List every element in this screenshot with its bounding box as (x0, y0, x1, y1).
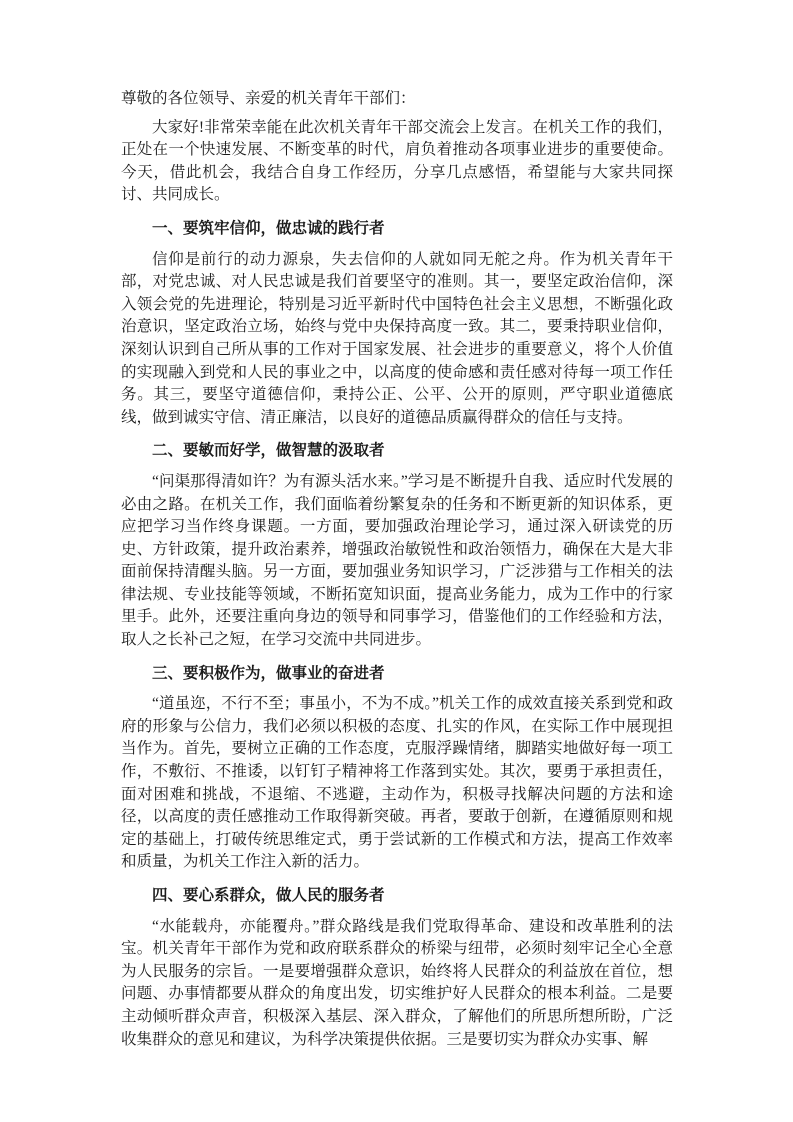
section-1-body: 信仰是前行的动力源泉，失去信仰的人就如同无舵之舟。作为机关青年干部，对党忠诚、对… (121, 249, 673, 430)
section-4-body: “水能载舟，亦能覆舟。”群众路线是我们党取得革命、建设和改革胜利的法宝。机关青年… (121, 916, 673, 1052)
section-1-heading: 一、要筑牢信仰，做忠诚的践行者 (121, 218, 673, 241)
section-2-heading: 二、要敏而好学，做智慧的汲取者 (121, 440, 673, 463)
section-3-heading: 三、要积极作为，做事业的奋进者 (121, 663, 673, 686)
salutation: 尊敬的各位领导、亲爱的机关青年干部们： (121, 88, 673, 111)
section-4-heading: 四、要心系群众，做人民的服务者 (121, 885, 673, 908)
document-page: 尊敬的各位领导、亲爱的机关青年干部们： 大家好!非常荣幸能在此次机关青年干部交流… (0, 0, 793, 1122)
section-3-body: “道虽迩，不行不至；事虽小，不为不成。”机关工作的成效直接关系到党和政府的形象与… (121, 693, 673, 874)
section-2-body: “问渠那得清如许？为有源头活水来。”学习是不断提升自我、适应时代发展的必由之路。… (121, 471, 673, 652)
intro-paragraph: 大家好!非常荣幸能在此次机关青年干部交流会上发言。在机关工作的我们，正处在一个快… (121, 117, 673, 207)
